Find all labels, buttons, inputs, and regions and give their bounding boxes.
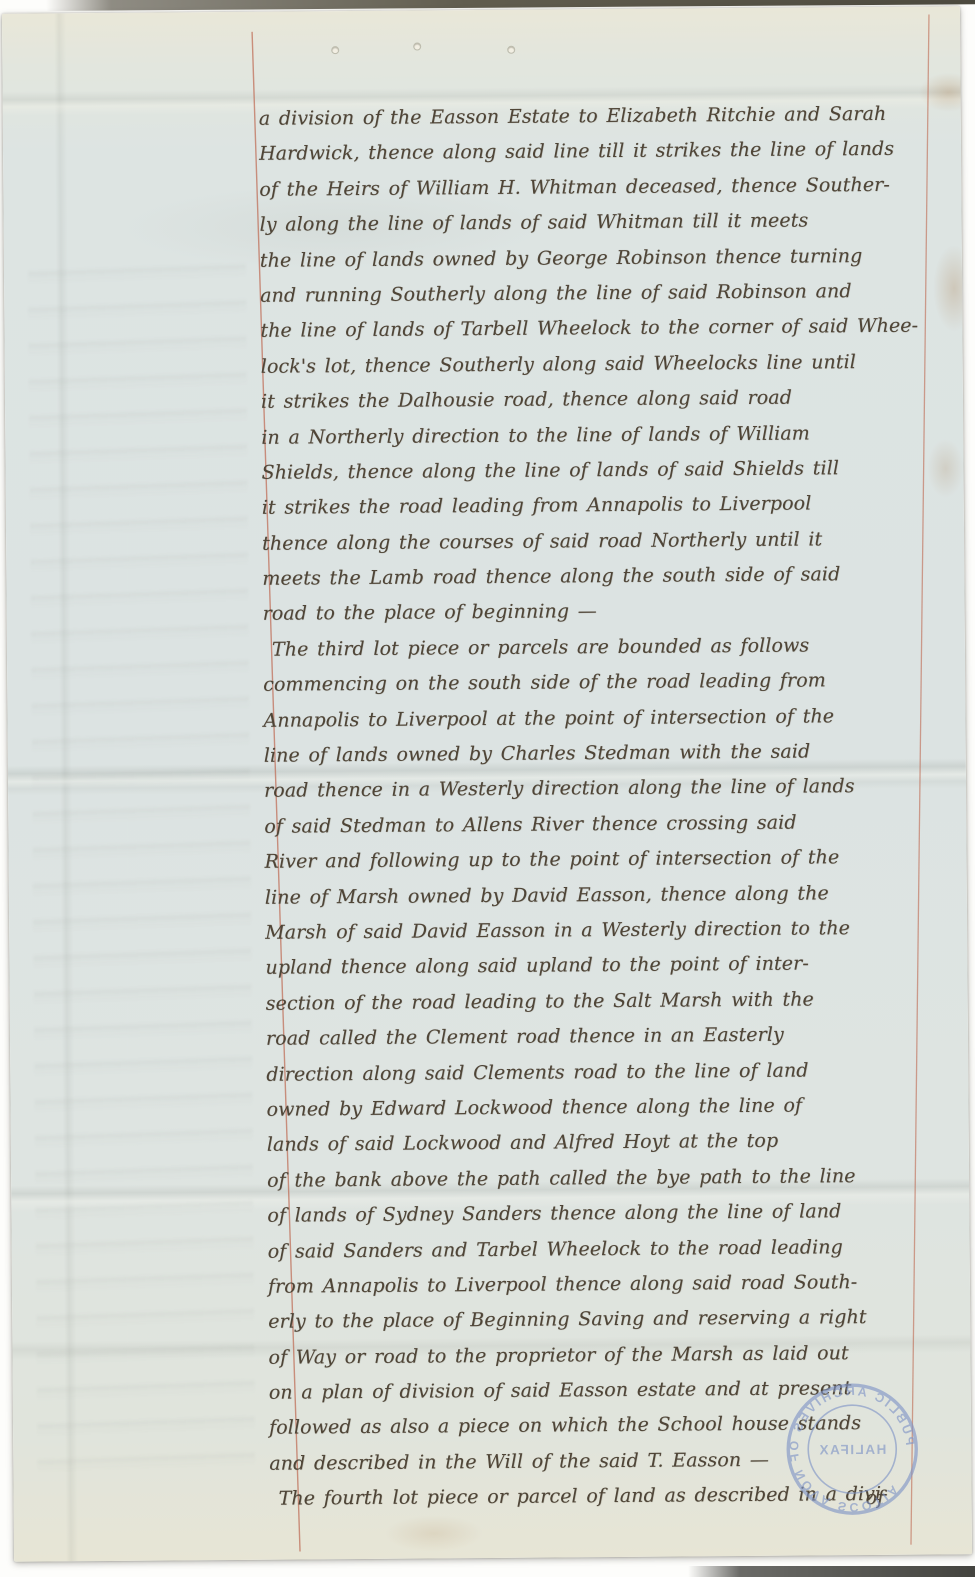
manuscript-line: road called the Clement road thence in a… xyxy=(266,1017,938,1058)
manuscript-line: meets the Lamb road thence along the sou… xyxy=(262,557,934,598)
manuscript-line: in a Northerly direction to the line of … xyxy=(261,415,933,456)
manuscript-line: upland thence along said upland to the p… xyxy=(265,946,937,987)
manuscript-line: The third lot piece or parcels are bound… xyxy=(263,627,935,668)
manuscript-line: of Way or road to the proprietor of the … xyxy=(268,1335,940,1376)
manuscript-page: a division of the Easson Estate to Eliza… xyxy=(2,6,972,1561)
pinhole xyxy=(414,44,420,50)
manuscript-line: of the bank above the path called the by… xyxy=(267,1158,939,1199)
manuscript-line: thence along the courses of said road No… xyxy=(262,521,934,562)
manuscript-line: from Annapolis to Liverpool thence along… xyxy=(268,1264,940,1305)
pinhole xyxy=(508,47,514,53)
manuscript-line: lock's lot, thence Southerly along said … xyxy=(261,344,933,385)
manuscript-line: direction along said Clements road to th… xyxy=(266,1052,938,1093)
manuscript-line: of the Heirs of William H. Whitman decea… xyxy=(259,167,931,208)
manuscript-line: Marsh of said David Easson in a Westerly… xyxy=(265,910,937,951)
ink-bleedthrough-texture xyxy=(28,247,256,1489)
pinhole xyxy=(332,47,338,53)
manuscript-line: line of Marsh owned by David Easson, the… xyxy=(265,875,937,916)
manuscript-line: the line of lands of Tarbell Wheelock to… xyxy=(260,309,932,350)
manuscript-text: a division of the Easson Estate to Eliza… xyxy=(259,96,942,1517)
manuscript-line: of lands of Sydney Sanders thence along … xyxy=(267,1194,939,1235)
stamp-center-text: HALIFAX xyxy=(818,1442,886,1458)
manuscript-line: of said Stedman to Allens River thence c… xyxy=(264,804,936,845)
manuscript-line: River and following up to the point of i… xyxy=(264,840,936,881)
manuscript-line: erly to the place of Beginning Saving an… xyxy=(268,1300,940,1341)
archives-stamp: PUBLIC ARCHIVES OF NOVA SCOTIA HALIFAX xyxy=(778,1375,927,1524)
manuscript-line: it strikes the road leading from Annapol… xyxy=(262,486,934,527)
scan-edge-shadow-bottom xyxy=(688,1566,975,1577)
manuscript-line: road thence in a Westerly direction alon… xyxy=(264,769,936,810)
manuscript-line: Shields, thence along the line of lands … xyxy=(261,450,933,491)
document-scan: a division of the Easson Estate to Eliza… xyxy=(0,0,975,1577)
manuscript-line: ly along the line of lands of said Whitm… xyxy=(259,203,931,244)
manuscript-line: the line of lands owned by George Robins… xyxy=(260,238,932,279)
manuscript-line: of said Sanders and Tarbel Wheelock to t… xyxy=(268,1229,940,1270)
manuscript-line: Hardwick, thence along said line till it… xyxy=(259,132,931,173)
manuscript-line: owned by Edward Lockwood thence along th… xyxy=(266,1087,938,1128)
manuscript-line: a division of the Easson Estate to Eliza… xyxy=(259,96,931,137)
manuscript-line: commencing on the south side of the road… xyxy=(263,663,935,704)
manuscript-line: line of lands owned by Charles Stedman w… xyxy=(264,734,936,775)
manuscript-line: it strikes the Dalhousie road, thence al… xyxy=(261,380,933,421)
manuscript-line: road to the place of beginning — xyxy=(263,592,935,633)
manuscript-line: and running Southerly along the line of … xyxy=(260,273,932,314)
manuscript-line: lands of said Lockwood and Alfred Hoyt a… xyxy=(267,1123,939,1164)
manuscript-line: section of the road leading to the Salt … xyxy=(266,981,938,1022)
manuscript-line: Annapolis to Liverpool at the point of i… xyxy=(263,698,935,739)
